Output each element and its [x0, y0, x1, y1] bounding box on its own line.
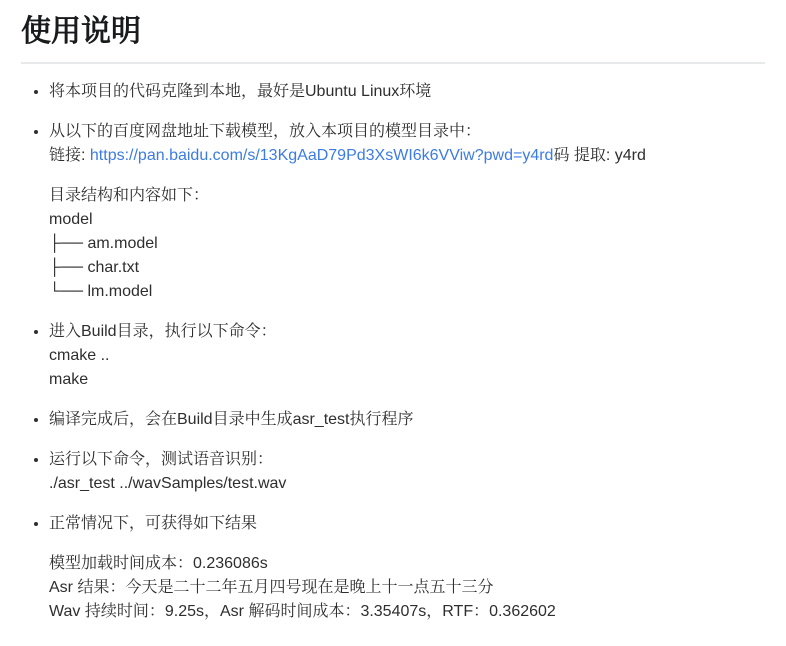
list-item-run-test: 运行以下命令，测试语音识别： ./asr_test ../wavSamples/… [49, 448, 765, 496]
link-label: 链接: [49, 147, 90, 164]
extract-code-text: 码 提取: y4rd [553, 147, 645, 164]
list-item-build-output: 编译完成后，会在Build目录中生成asr_test执行程序 [49, 408, 765, 432]
instruction-text: 进入Build目录，执行以下命令： [49, 320, 765, 344]
command-line: cmake .. [49, 344, 765, 368]
list-item-expected-result: 正常情况下，可获得如下结果 模型加载时间成本：0.236086s Asr 结果：… [49, 512, 765, 624]
instruction-text: 编译完成后，会在Build目录中生成asr_test执行程序 [49, 408, 765, 432]
instructions-list: 将本项目的代码克隆到本地，最好是Ubuntu Linux环境 从以下的百度网盘地… [21, 80, 765, 624]
baidu-pan-link[interactable]: https://pan.baidu.com/s/13KgAaD79Pd3XsWI… [90, 147, 554, 164]
directory-tree-entry: ├── char.txt [49, 256, 765, 280]
instruction-text: 从以下的百度网盘地址下载模型，放入本项目的模型目录中： [49, 120, 765, 144]
result-line: Asr 结果：今天是二十二年五月四号现在是晚上十一点五十三分 [49, 576, 765, 600]
instruction-text: 将本项目的代码克隆到本地，最好是Ubuntu Linux环境 [49, 80, 765, 104]
result-line: Wav 持续时间：9.25s，Asr 解码时间成本：3.35407s，RTF：0… [49, 600, 765, 624]
result-output: 模型加载时间成本：0.236086s Asr 结果：今天是二十二年五月四号现在是… [49, 552, 765, 624]
list-item-download-model: 从以下的百度网盘地址下载模型，放入本项目的模型目录中： 链接: https://… [49, 120, 765, 304]
instruction-text: 正常情况下，可获得如下结果 [49, 512, 765, 536]
directory-tree-intro: 目录结构和内容如下： [49, 184, 765, 208]
list-item-clone-repo: 将本项目的代码克隆到本地，最好是Ubuntu Linux环境 [49, 80, 765, 104]
directory-tree: 目录结构和内容如下： model ├── am.model ├── char.t… [49, 184, 765, 304]
instruction-text: 运行以下命令，测试语音识别： [49, 448, 765, 472]
result-line: 模型加载时间成本：0.236086s [49, 552, 765, 576]
directory-tree-root: model [49, 208, 765, 232]
command-line: make [49, 368, 765, 392]
download-link-line: 链接: https://pan.baidu.com/s/13KgAaD79Pd3… [49, 144, 765, 168]
readme-document: 使用说明 将本项目的代码克隆到本地，最好是Ubuntu Linux环境 从以下的… [0, 0, 786, 624]
command-line: ./asr_test ../wavSamples/test.wav [49, 472, 765, 496]
list-item-build: 进入Build目录，执行以下命令： cmake .. make [49, 320, 765, 392]
directory-tree-entry: ├── am.model [49, 232, 765, 256]
directory-tree-entry: └── lm.model [49, 280, 765, 304]
page-title: 使用说明 [21, 12, 765, 64]
